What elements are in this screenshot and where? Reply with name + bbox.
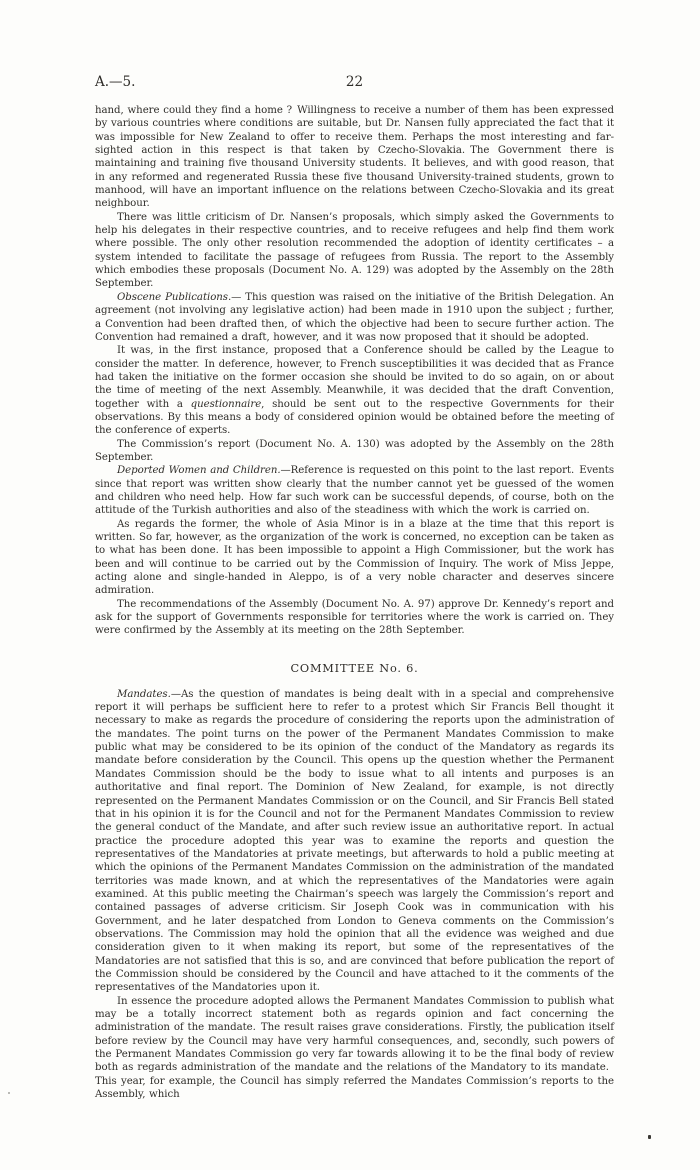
paragraph-conference-proposal: It was, in the first instance, proposed … — [95, 344, 614, 437]
page-header: A.—5. 22 — [95, 74, 614, 94]
body-text: The Commission’s report (Document No. A.… — [95, 439, 614, 463]
paragraph-mandates: Mandates.—As the question of mandates is… — [95, 688, 614, 995]
committee-heading: COMMITTEE No. 6. — [95, 662, 614, 675]
scanned-document-page: A.—5. 22 hand, where could they find a h… — [0, 0, 700, 1170]
body-text: The recommendations of the Assembly (Doc… — [95, 599, 614, 637]
paragraph-mandates-essence: In essence the procedure adopted allows … — [95, 995, 614, 1102]
paragraph-deported-women-children: Deported Women and Children.—Reference i… — [95, 464, 614, 517]
paragraph-assembly-recommendations: The recommendations of the Assembly (Doc… — [95, 598, 614, 638]
paragraph-asia-minor: As regards the former, the whole of Asia… — [95, 518, 614, 598]
paragraph-commission-report: The Commission’s report (Document No. A.… — [95, 438, 614, 465]
body-text: As regards the former, the whole of Asia… — [95, 519, 614, 597]
body-text: —As the question of mandates is being de… — [95, 689, 614, 994]
body-text: There was little criticism of Dr. Nansen… — [95, 212, 614, 290]
paragraph-nansen-proposals: There was little criticism of Dr. Nansen… — [95, 211, 614, 291]
body-text: hand, where could they find a home ? Wil… — [95, 105, 614, 209]
page-number: 22 — [95, 74, 614, 90]
body-text: In essence the procedure adopted allows … — [95, 996, 614, 1100]
italic-lead-text: Obscene Publications.— — [117, 292, 241, 303]
paragraph-refugees-continuation: hand, where could they find a home ? Wil… — [95, 104, 614, 211]
scan-ink-speck — [8, 1092, 10, 1094]
paragraph-obscene-publications: Obscene Publications.— This question was… — [95, 291, 614, 344]
italic-lead-text: Mandates. — [117, 689, 171, 700]
italic-lead-text: Deported Women and Children. — [117, 465, 281, 476]
document-body: hand, where could they find a home ? Wil… — [95, 104, 614, 1101]
italic-lead-text: questionnaire — [191, 399, 262, 410]
page-content: A.—5. 22 hand, where could they find a h… — [95, 74, 614, 1101]
scan-ink-speck — [648, 1135, 651, 1139]
